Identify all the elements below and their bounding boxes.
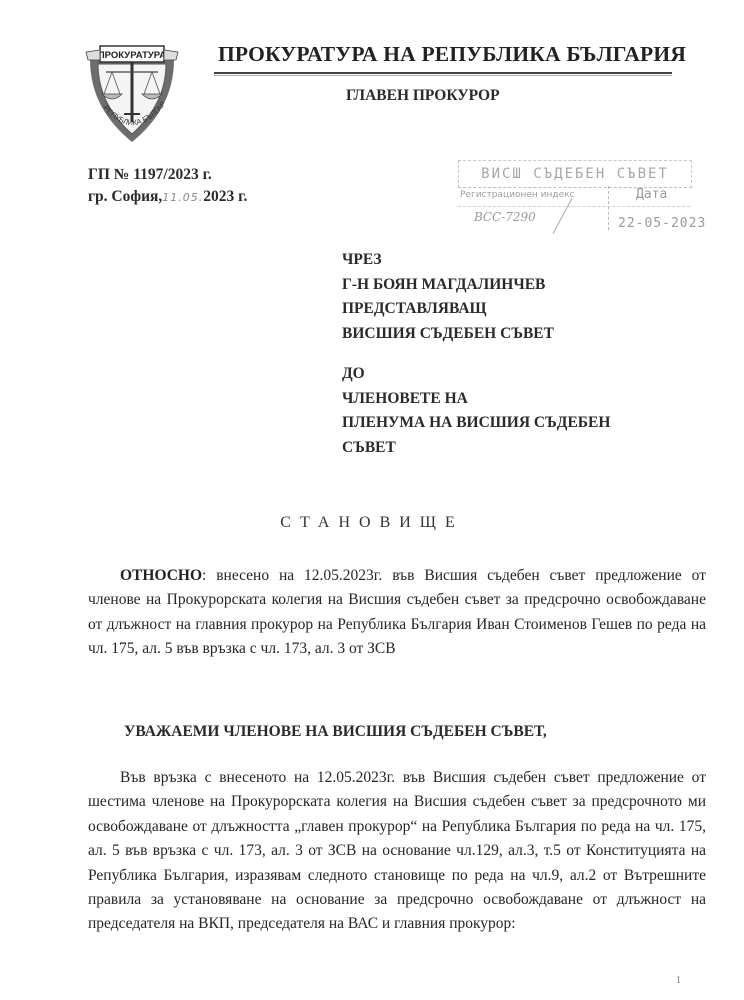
reference-block: ГП № 1197/2023 г. гр. София,11.05.2023 г… (88, 164, 247, 209)
body-paragraph: Във връзка с внесеното на 12.05.2023г. в… (88, 766, 706, 937)
subject-paragraph: ОТНОСНО: внесено на 12.05.2023г. във Вис… (88, 564, 706, 662)
office-title: ГЛАВЕН ПРОКУРОР (346, 87, 500, 105)
via-line: ВИСШИЯ СЪДЕБЕН СЪВЕТ (342, 322, 554, 347)
recipient-line: СЪВЕТ (342, 436, 610, 461)
recipient-line: ДО (342, 362, 610, 387)
reference-number: ГП № 1197/2023 г. (88, 164, 247, 186)
recipient-line: ЧЛЕНОВЕТЕ НА (342, 387, 610, 412)
header-divider-thin (214, 75, 672, 76)
stamp-middle-rule (458, 206, 690, 207)
stamp-divider (608, 186, 609, 230)
page-number: 1 (676, 975, 681, 986)
subject-label: ОТНОСНО (120, 567, 202, 584)
stamp-institution: ВИСШ СЪДЕБЕН СЪВЕТ (458, 160, 692, 188)
stamp-date-value: 22-05-2023 (618, 216, 706, 231)
stamp-date-label: Дата (636, 187, 667, 202)
via-line: Г-Н БОЯН МАГДАЛИНЧЕВ (342, 273, 554, 298)
city-prefix: гр. София, (88, 188, 162, 205)
organization-title: ПРОКУРАТУРА НА РЕПУБЛИКА БЪЛГАРИЯ (218, 42, 686, 67)
body-text: Във връзка с внесеното на 12.05.2023г. в… (88, 769, 706, 932)
year-suffix: 2023 г. (203, 188, 247, 205)
reference-date: гр. София,11.05.2023 г. (88, 186, 247, 209)
via-block: ЧРЕЗ Г-Н БОЯН МАГДАЛИНЧЕВ ПРЕДСТАВЛЯВАЩ … (342, 248, 554, 346)
header-divider (214, 72, 672, 74)
via-line: ПРЕДСТАВЛЯВАЩ (342, 297, 554, 322)
stamp-reg-value: ВСС-7290 (474, 210, 536, 224)
via-line: ЧРЕЗ (342, 248, 554, 273)
handwritten-date: 11.05. (162, 191, 203, 204)
salutation: УВАЖАЕМИ ЧЛЕНОВЕ НА ВИСШИЯ СЪДЕБЕН СЪВЕТ… (124, 723, 547, 741)
stamp-slash-mark (553, 198, 573, 234)
prosecution-emblem-icon: ПРОКУРАТУРА РЕПУБЛИКА БЪЛГАРИЯ (80, 38, 184, 146)
document-type-heading: СТАНОВИЩЕ (0, 514, 744, 532)
registration-stamp: ВИСШ СЪДЕБЕН СЪВЕТ Регистрационен индекс… (458, 160, 728, 238)
svg-text:ПРОКУРАТУРА: ПРОКУРАТУРА (98, 50, 166, 61)
recipient-block: ДО ЧЛЕНОВЕТЕ НА ПЛЕНУМА НА ВИСШИЯ СЪДЕБЕ… (342, 362, 610, 460)
recipient-line: ПЛЕНУМА НА ВИСШИЯ СЪДЕБЕН (342, 411, 610, 436)
stamp-reg-label: Регистрационен индекс (460, 190, 575, 200)
